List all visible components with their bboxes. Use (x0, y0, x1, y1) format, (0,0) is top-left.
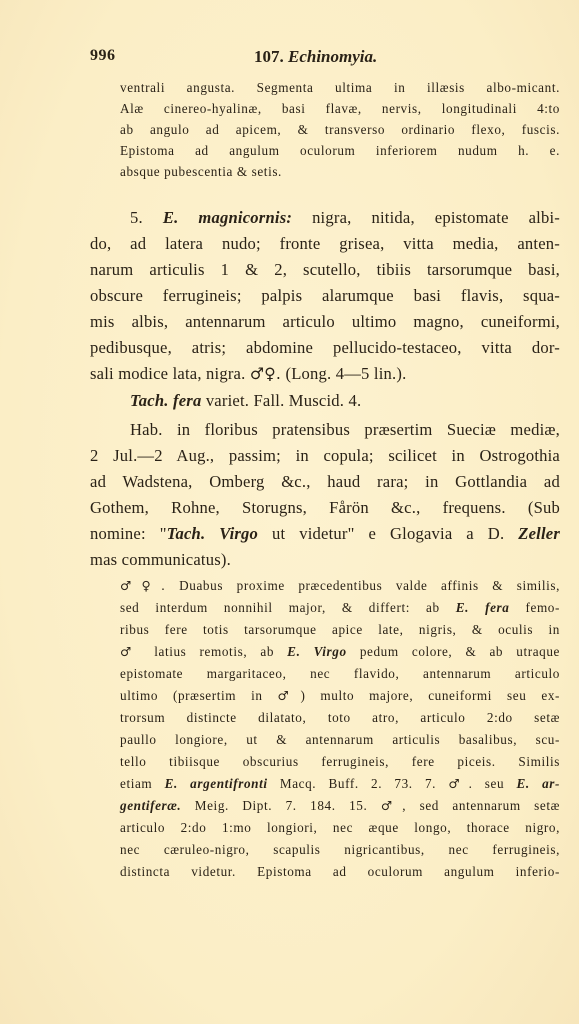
male-symbol: ♂ (381, 798, 402, 813)
text-span: nomine: " (90, 524, 167, 543)
text-span: ut videtur" e Glogavia a D. (258, 524, 518, 543)
synonym-line: Tach. fera variet. Fall. Muscid. 4. (130, 391, 361, 411)
text-line: ribus fere totis tarsorumque apice late,… (120, 622, 560, 638)
text-line: Epistoma ad angulum oculorum inferiorem … (120, 143, 560, 159)
size-note: (Long. 4—5 lin.). (286, 364, 407, 383)
text-line: Gothem, Rohne, Storugns, Fårön &c., freq… (90, 498, 560, 518)
author-name: Zeller (518, 524, 560, 543)
text-span: . seu (469, 776, 517, 791)
text-line: pedibusque, atris; abdomine pellucido-te… (90, 338, 560, 358)
male-symbol: ♂ (120, 644, 141, 659)
text-span: , sed antennarum setæ (402, 798, 560, 813)
text-line: 2 Jul.—2 Aug., passim; in copula; scilic… (90, 446, 560, 466)
text-line: epistomate margaritaceo, nec flavido, an… (120, 666, 560, 682)
text-line: sali modice lata, nigra. ♂♀. (Long. 4—5 … (90, 364, 406, 384)
text-line: paullo longiore, ut & antennarum articul… (120, 732, 560, 748)
text-line: ventrali angusta. Segmenta ultima in ill… (120, 80, 560, 96)
genus-number: 107. (254, 47, 284, 66)
book-page: 996 107. Echinomyia. ventrali angusta. S… (0, 0, 579, 1024)
text-line: narum articulis 1 & 2, scutello, tibiis … (90, 260, 560, 280)
text-line: Alæ cinereo-hyalinæ, basi flavæ, nervis,… (120, 101, 560, 117)
species-name: gentiferæ. (120, 798, 181, 813)
species-number: 5. (130, 208, 143, 227)
text-span: etiam (120, 776, 165, 791)
species-name: E. Virgo (287, 644, 347, 659)
text-line: ♂♀. Duabus proxime præcedentibus valde a… (120, 578, 560, 594)
text-span: sed interdum nonnihil major, & differt: … (120, 600, 456, 615)
text-span: ) multo majore, cuneiformi seu ex- (300, 688, 560, 703)
text-line: nomine: "Tach. Virgo ut videtur" e Gloga… (90, 524, 560, 544)
synonym-reference: variet. Fall. Muscid. 4. (206, 391, 362, 410)
text-line: sed interdum nonnihil major, & differt: … (120, 600, 560, 616)
text-line: ad Wadstena, Omberg &c., haud rara; in G… (90, 472, 560, 492)
text-span: Macq. Buff. 2. 73. 7. (268, 776, 449, 791)
text-line: mas communicatus). (90, 550, 231, 570)
species-name: E. magnicornis: (163, 208, 292, 227)
text-line: ab angulo ad apicem, & transverso ordina… (120, 122, 560, 138)
page-number: 996 (90, 47, 116, 65)
running-title: 107. Echinomyia. (254, 47, 377, 67)
text-line: ultimo (præsertim in ♂) multo majore, cu… (120, 688, 560, 704)
text-line: trorsum distincte dilatato, toto atro, a… (120, 710, 560, 726)
text-line: mis albis, antennarum articulo ultimo ma… (90, 312, 560, 332)
male-symbol: ♂ (278, 688, 301, 703)
text-line: Hab. in floribus pratensibus præsertim S… (130, 420, 560, 440)
species-name: Tach. Virgo (167, 524, 258, 543)
species-heading-line: 5. E. magnicornis: nigra, nitida, episto… (130, 208, 560, 228)
species-description-start: nigra, nitida, epistomate albi- (312, 208, 560, 227)
text-line: ♂ latius remotis, ab E. Virgo pedum colo… (120, 644, 560, 660)
text-line: tello tibiisque obscurius ferrugineis, f… (120, 754, 560, 770)
text-span: Duabus proxime præcedentibus valde affin… (166, 578, 560, 593)
male-female-symbol: ♂♀. (250, 364, 281, 383)
male-symbol: ♂ (448, 776, 468, 791)
text-line: absque pubescentia & setis. (120, 164, 282, 180)
text-line: gentiferæ. Meig. Dipt. 7. 184. 15. ♂, se… (120, 798, 560, 814)
text-line: articulo 2:do 1:mo longiori, nec æque lo… (120, 820, 560, 836)
text-span: Meig. Dipt. 7. 184. 15. (181, 798, 381, 813)
text-line: etiam E. argentifronti Macq. Buff. 2. 73… (120, 776, 560, 792)
text-span: sali modice lata, nigra. (90, 364, 245, 383)
male-female-symbol: ♂♀. (120, 578, 166, 593)
text-line: obscure ferrugineis; palpis alarumque ba… (90, 286, 560, 306)
species-name: E. argentifronti (165, 776, 268, 791)
text-span: latius remotis, ab (141, 644, 287, 659)
genus-name: Echinomyia. (288, 47, 377, 66)
synonym-name: Tach. fera (130, 391, 201, 410)
species-name: E. fera (456, 600, 510, 615)
species-name: E. ar- (516, 776, 560, 791)
text-span: femo- (509, 600, 560, 615)
page-header: 996 107. Echinomyia. (90, 47, 540, 69)
text-span: ultimo (præsertim in (120, 688, 278, 703)
text-line: nec cæruleo-nigro, scapulis nigricantibu… (120, 842, 560, 858)
text-span: pedum colore, & ab utraque (347, 644, 560, 659)
text-line: do, ad latera nudo; fronte grisea, vitta… (90, 234, 560, 254)
text-line: distincta videtur. Epistoma ad oculorum … (120, 864, 560, 880)
